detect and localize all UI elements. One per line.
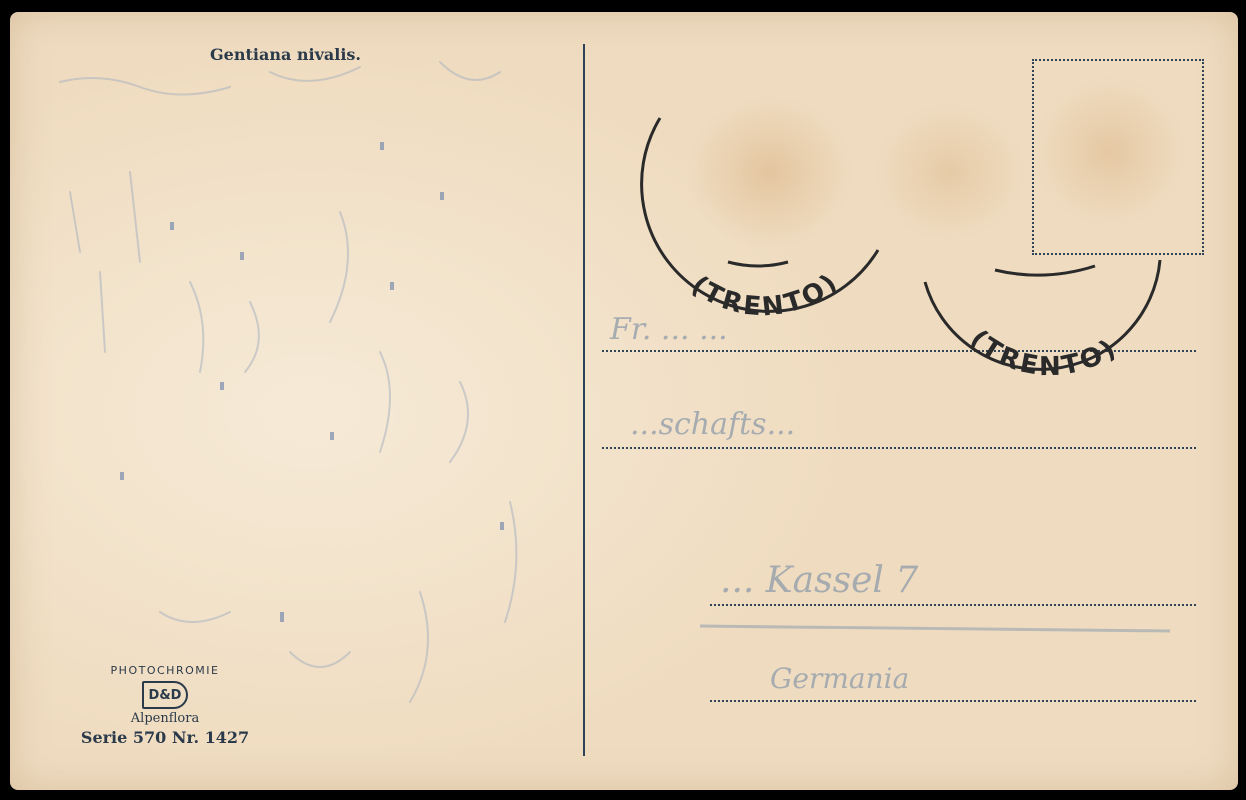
postmark-left — [642, 118, 878, 311]
svg-text:(TRENTO): (TRENTO) — [685, 267, 845, 323]
postmarks: (TRENTO) (TRENTO) — [0, 0, 1246, 800]
postmark-right-text: (TRENTO) — [964, 324, 1124, 382]
postmark-left-text: (TRENTO) — [685, 267, 845, 323]
svg-text:(TRENTO): (TRENTO) — [964, 324, 1124, 382]
